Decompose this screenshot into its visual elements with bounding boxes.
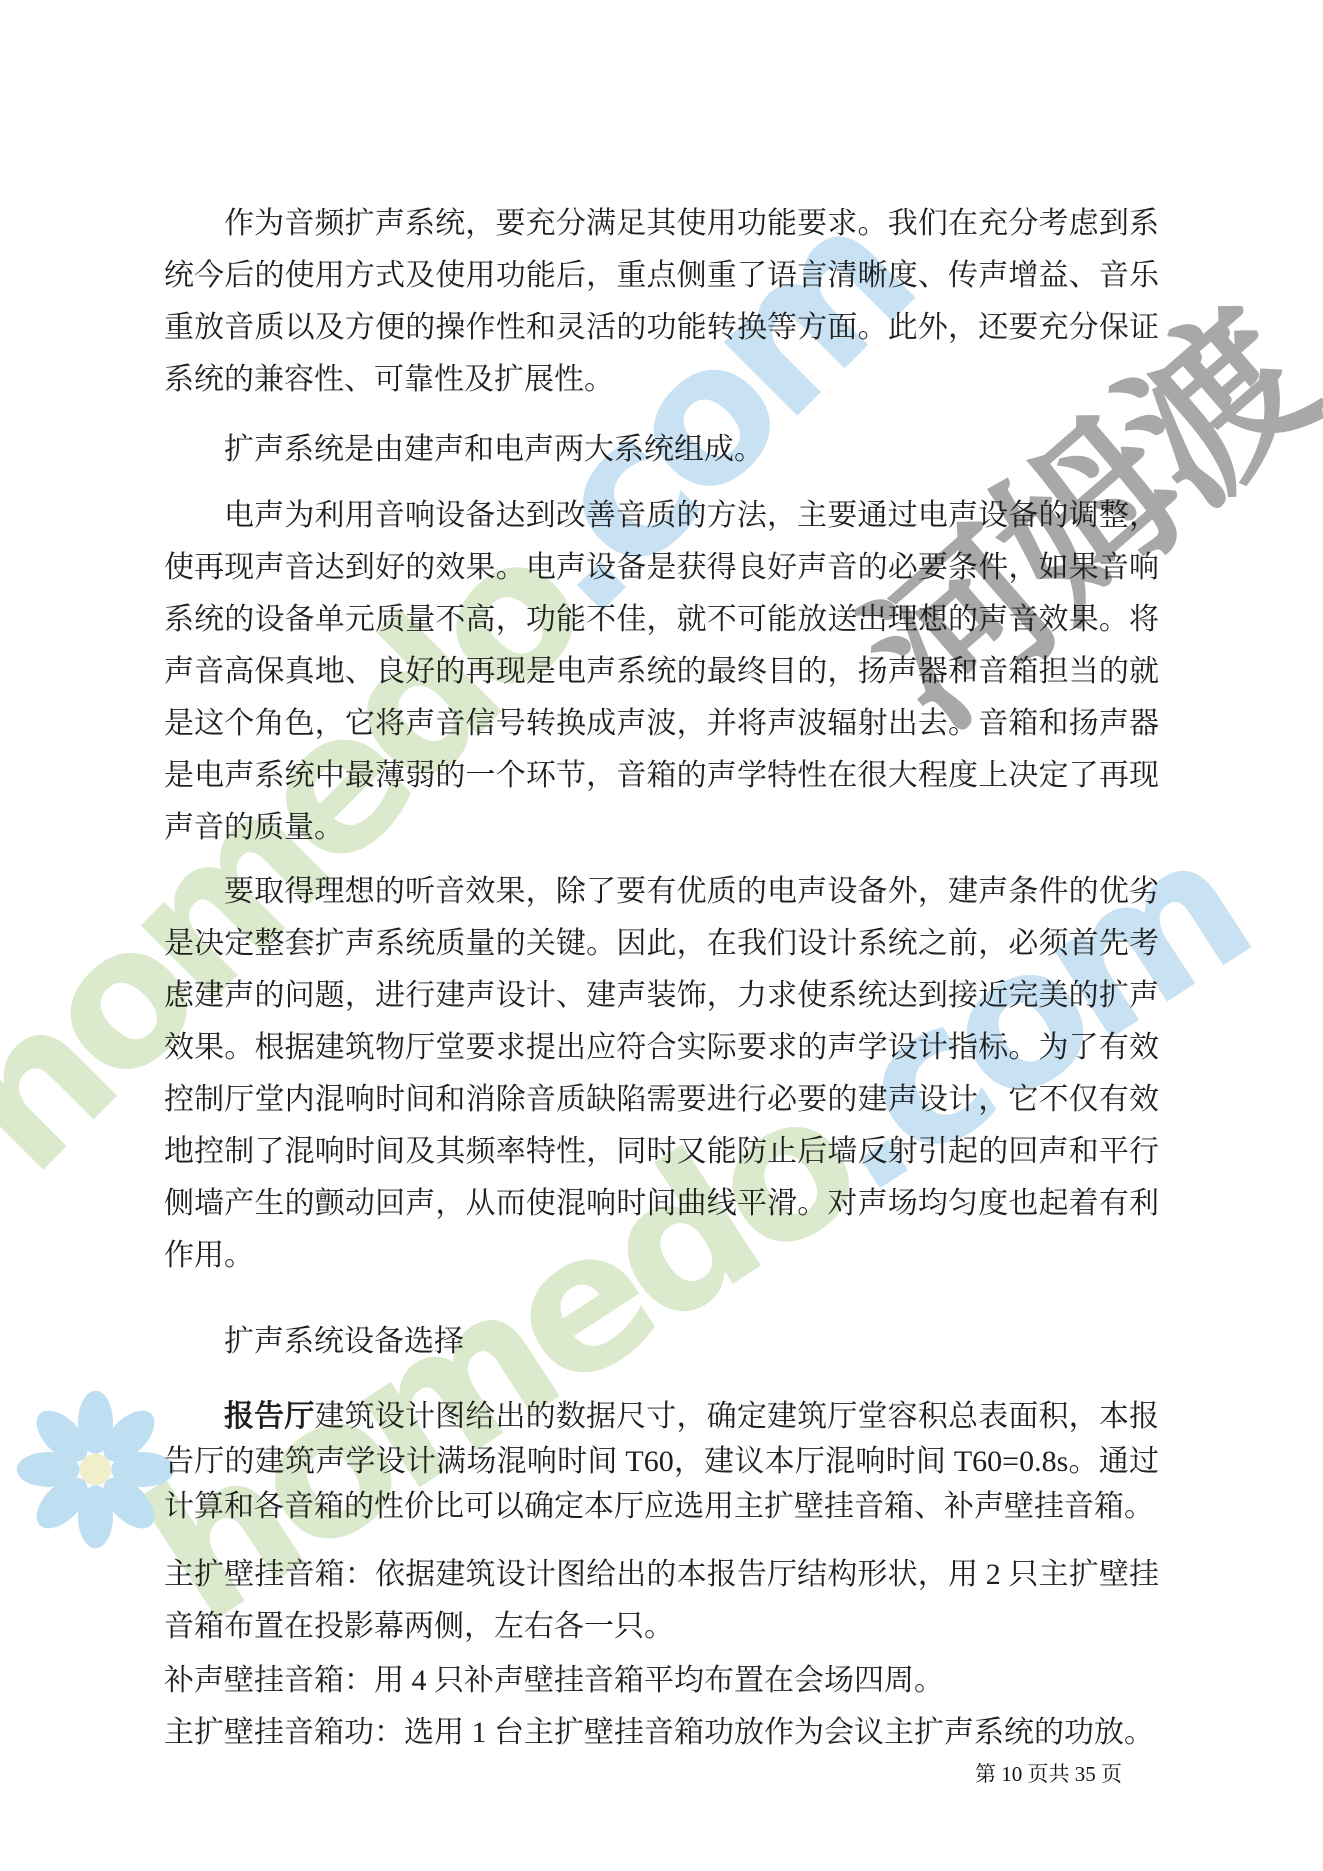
report-hall-bold-lead: 报告厅: [224, 1400, 315, 1433]
paragraph-4: 要取得理想的听音效果，除了要有优质的电声设备外，建声条件的优劣是决定整套扩声系统…: [164, 866, 1159, 1282]
section-heading: 扩声系统设备选择: [164, 1316, 1159, 1368]
paragraph-6: 主扩壁挂音箱：依据建筑设计图给出的本报告厅结构形状，用 2 只主扩壁挂音箱布置在…: [164, 1549, 1159, 1653]
paragraph-8: 主扩壁挂音箱功：选用 1 台主扩壁挂音箱功放作为会议主扩声系统的功放。: [164, 1707, 1159, 1759]
paragraph-1: 作为音频扩声系统，要充分满足其使用功能要求。我们在充分考虑到系统今后的使用方式及…: [164, 198, 1159, 406]
paragraph-7: 补声壁挂音箱：用 4 只补声壁挂音箱平均布置在会场四周。: [164, 1655, 1159, 1707]
document-page: homedo.com homedo.com 河姆渡 作为音频扩声系统，要充分满足…: [0, 0, 1323, 1871]
page-number: 第 10 页共 35 页: [975, 1758, 1122, 1788]
paragraph-3: 电声为利用音响设备达到改善音质的方法，主要通过电声设备的调整，使再现声音达到好的…: [164, 490, 1159, 854]
document-body: 作为音频扩声系统，要充分满足其使用功能要求。我们在充分考虑到系统今后的使用方式及…: [164, 198, 1159, 1759]
homedo-flower-logo-icon: [8, 1382, 183, 1557]
paragraph-5: 报告厅建筑设计图给出的数据尺寸，确定建筑厅堂容积总表面积，本报告厅的建筑声学设计…: [164, 1394, 1159, 1529]
paragraph-2: 扩声系统是由建声和电声两大系统组成。: [164, 424, 1159, 476]
